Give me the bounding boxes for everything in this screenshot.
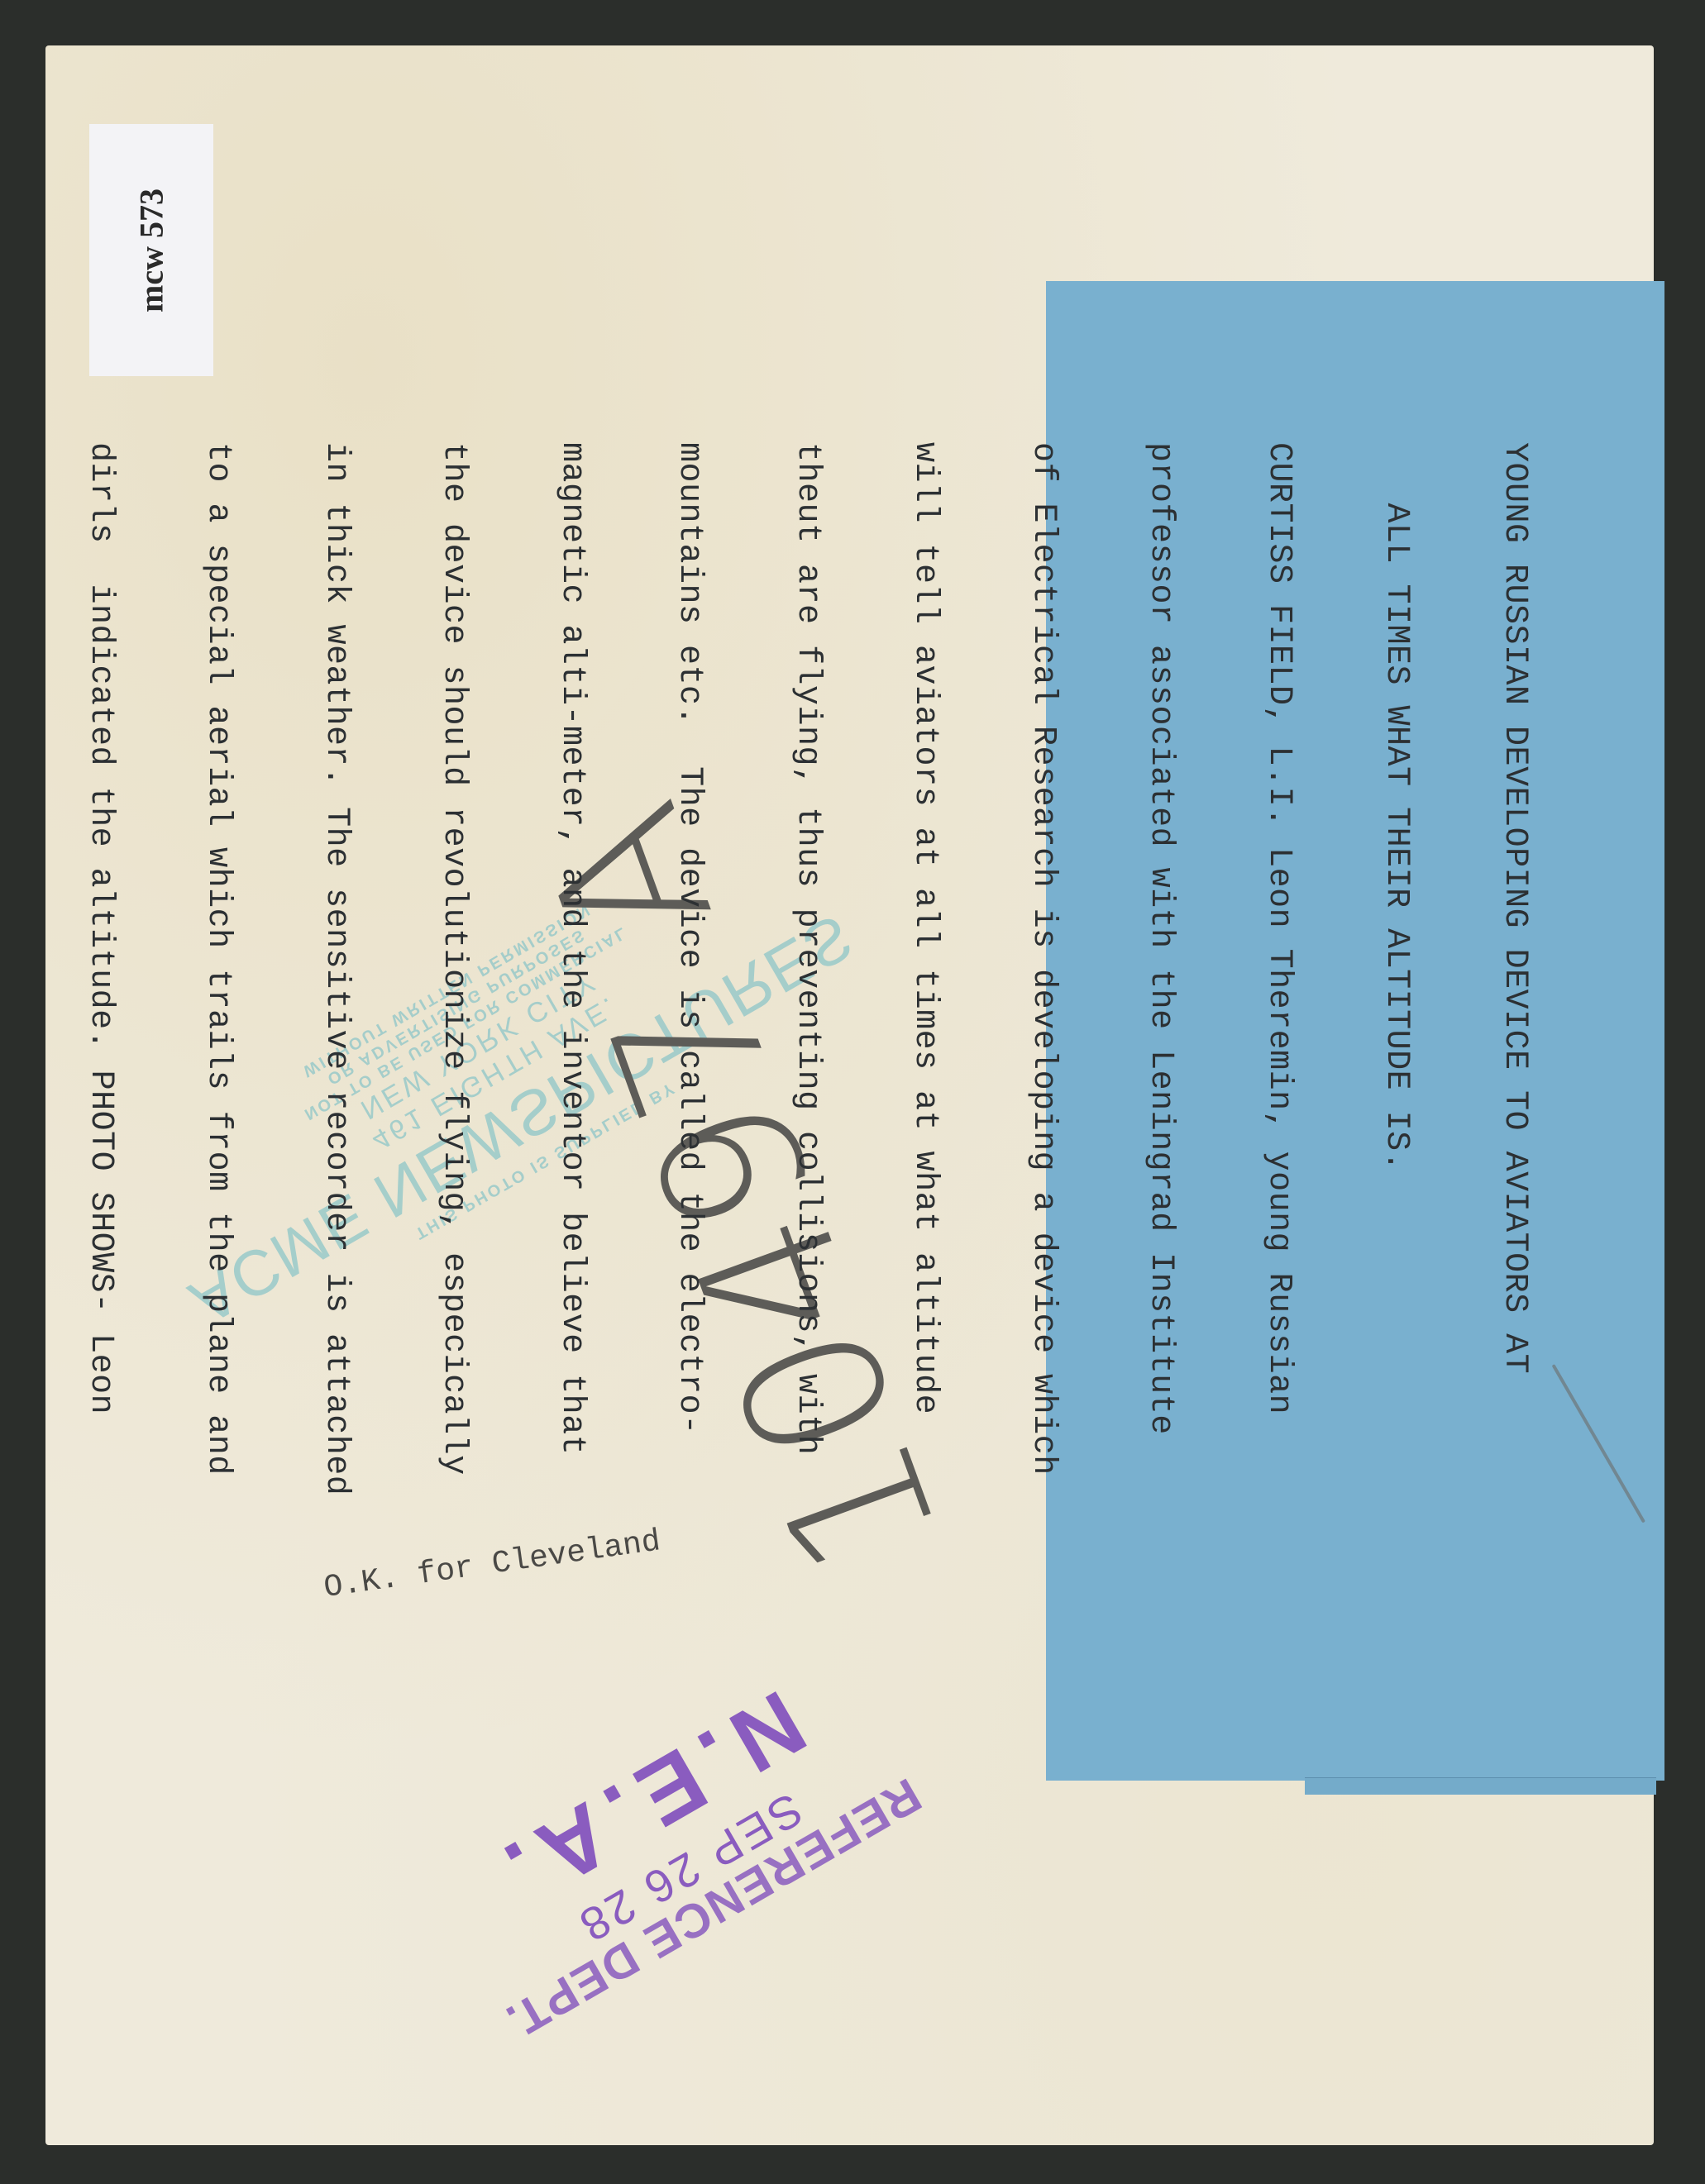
caption-line: Thermin working on the altitude indicato… [0, 442, 2, 1633]
caption-line: to a special aerial which trails from th… [198, 442, 238, 1633]
caption-line: CURTISS FIELD, L.I. Leon Theremin, young… [1259, 442, 1299, 1633]
caption-headline-2: ALL TIMES WHAT THEIR ALTITUDE IS. [1377, 442, 1416, 1633]
caption-line: of Electrical Research is developing a d… [1024, 442, 1063, 1633]
caption-line: in thick weather. The sensitive recorder… [317, 442, 356, 1633]
caption-text-block: YOUNG RUSSIAN DEVELOPING DEVICE TO AVIAT… [0, 442, 1612, 1633]
catalog-label: mcw 573 [89, 124, 213, 376]
caption-line: dirls indicated the altitude. PHOTO SHOW… [81, 442, 121, 1633]
caption-line: professor associated with the Leningrad … [1141, 442, 1181, 1633]
catalog-number: mcw 573 [132, 188, 171, 312]
caption-line: magnetic alti-meter, and the inventor be… [552, 442, 592, 1633]
caption-line: mountains etc. The device is called the … [670, 442, 709, 1633]
caption-line: theut are flying, thus preventing collis… [788, 442, 828, 1633]
caption-line: the device should revolutionize flying, … [434, 442, 474, 1633]
caption-headline-1: YOUNG RUSSIAN DEVELOPING DEVICE TO AVIAT… [1495, 442, 1535, 1633]
caption-slip-fold [1305, 1777, 1656, 1795]
caption-line: will tell aviators at all times at what … [905, 442, 945, 1633]
